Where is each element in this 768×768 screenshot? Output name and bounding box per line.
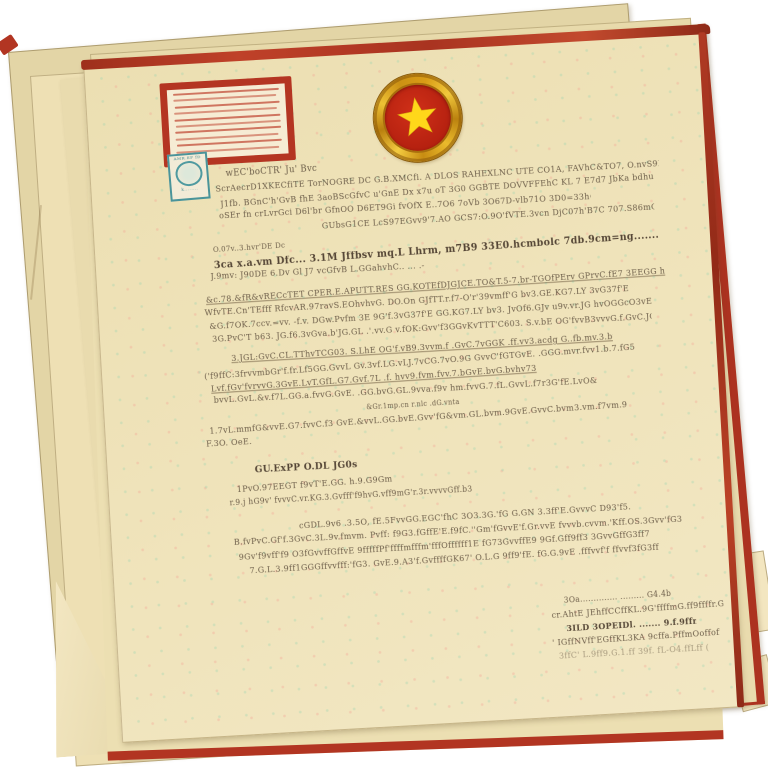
text-line: wEC'boCTR' Ju' BvcO [225,163,318,180]
emblem-red-disc [383,83,453,153]
text-line: O.07v..3.hvr'DE Dc. [213,240,286,256]
national-emblem-seal [371,71,464,164]
document-stack: AMR.EP fD k........ wEC'boCTR' Ju' BvcOS… [0,0,768,768]
star-icon [386,86,450,150]
letterhead-rules [173,88,282,154]
text-lines: wEC'boCTR' Ju' BvcOScrAecrD1XKECfiTE Tor… [182,142,731,686]
front-document-page: AMR.EP fD k........ wEC'boCTR' Ju' BvcOS… [83,26,743,743]
